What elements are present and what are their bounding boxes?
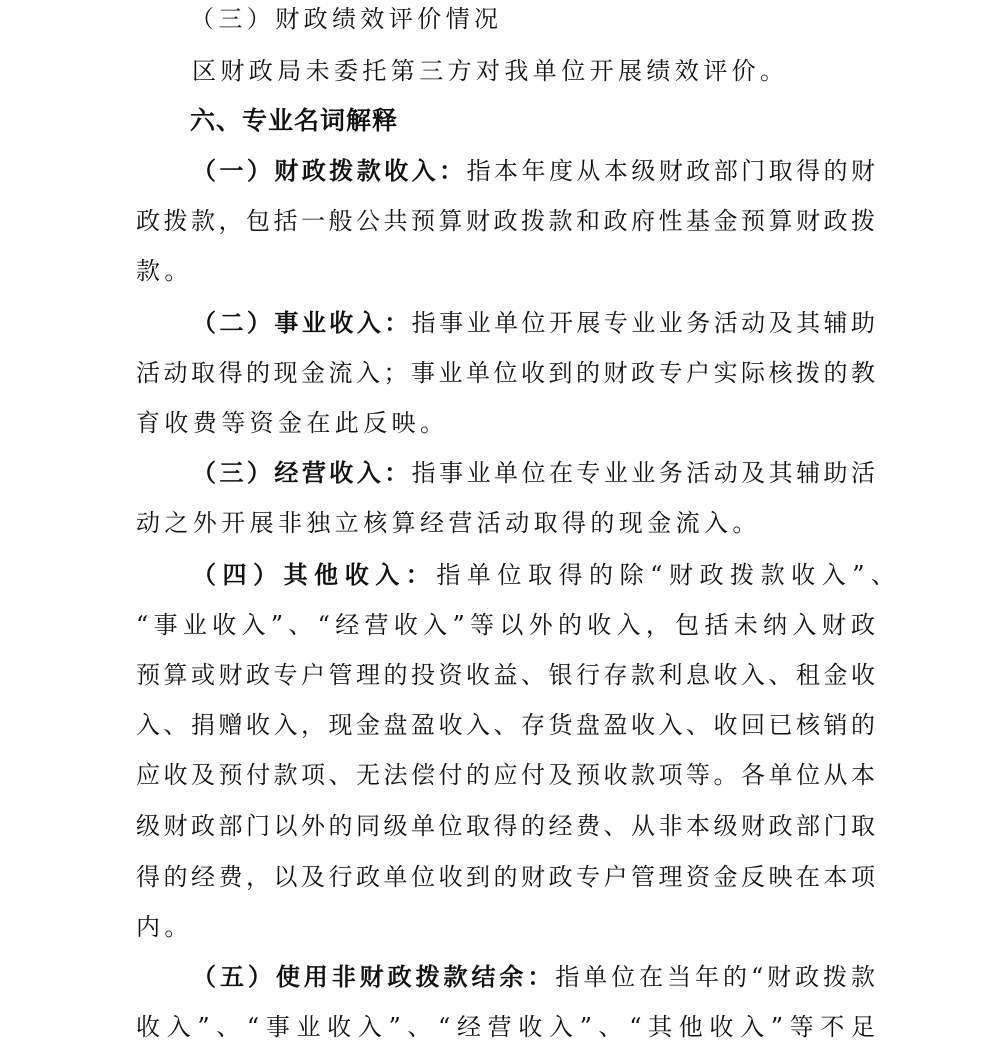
definition-other-income-line-2: “事业收入”、“经营收入”等以外的收入，包括未纳入财政 <box>136 610 875 640</box>
definition-business-income-line-1: （二）事业收入：指事业单位开展专业业务活动及其辅助 <box>192 308 875 338</box>
definition-operating-income-line-1: （三）经营收入：指事业单位在专业业务活动及其辅助活 <box>192 458 875 488</box>
definition-fiscal-appropriation-line-1: （一）财政拨款收入：指本年度从本级财政部门取得的财 <box>192 156 875 186</box>
definition-business-income-line-2: 活动取得的现金流入；事业单位收到的财政专户实际核拨的教 <box>136 358 875 388</box>
definition-text: 指事业单位开展专业业务活动及其辅助 <box>412 309 875 337</box>
definition-term: （一）财政拨款收入： <box>192 156 467 185</box>
definition-text: 指事业单位在专业业务活动及其辅助活 <box>412 459 875 487</box>
definition-other-income-line-4: 入、捐赠收入，现金盘盈收入、存货盘盈收入、收回已核销的 <box>136 710 875 740</box>
definition-business-income-line-3: 育收费等资金在此反映。 <box>136 408 448 438</box>
definition-other-income-line-3: 预算或财政专户管理的投资收益、银行存款利息收入、租金收 <box>136 660 875 690</box>
definition-term: （三）经营收入： <box>192 458 412 487</box>
definition-term: （二）事业收入： <box>192 308 412 337</box>
definition-non-fiscal-balance-line-1: （五）使用非财政拨款结余：指单位在当年的“财政拨款 <box>192 962 875 992</box>
definition-text: 指本年度从本级财政部门取得的财 <box>467 157 875 185</box>
definition-other-income-line-1: （四）其他收入：指单位取得的除“财政拨款收入”、 <box>192 560 895 590</box>
definition-term: （四）其他收入： <box>192 560 436 589</box>
subsection-heading-performance-evaluation: （三）财政绩效评价情况 <box>190 4 502 34</box>
definition-non-fiscal-balance-line-2: 收入”、“事业收入”、“经营收入”、“其他收入”等不足 <box>136 1012 875 1042</box>
paragraph-performance-evaluation: 区财政局未委托第三方对我单位开展绩效评价。 <box>192 56 788 86</box>
definition-other-income-line-7: 得的经费，以及行政单位收到的财政专户管理资金反映在本项 <box>136 862 875 892</box>
definition-term: （五）使用非财政拨款结余： <box>192 962 555 991</box>
definition-fiscal-appropriation-line-3: 款。 <box>136 256 193 286</box>
definition-other-income-line-5: 应收及预付款项、无法偿付的应付及预收款项等。各单位从本 <box>136 760 875 790</box>
definition-other-income-line-6: 级财政部门以外的同级单位取得的经费、从非本级财政部门取 <box>136 811 875 841</box>
section-heading-glossary: 六、专业名词解释 <box>190 106 398 136</box>
definition-text: 指单位取得的除“财政拨款收入”、 <box>436 561 895 589</box>
definition-fiscal-appropriation-line-2: 政拨款，包括一般公共预算财政拨款和政府性基金预算财政拨 <box>136 206 875 236</box>
definition-text: 指单位在当年的“财政拨款 <box>555 963 875 991</box>
definition-other-income-line-8: 内。 <box>136 912 193 942</box>
definition-operating-income-line-2: 动之外开展非独立核算经营活动取得的现金流入。 <box>136 508 761 538</box>
